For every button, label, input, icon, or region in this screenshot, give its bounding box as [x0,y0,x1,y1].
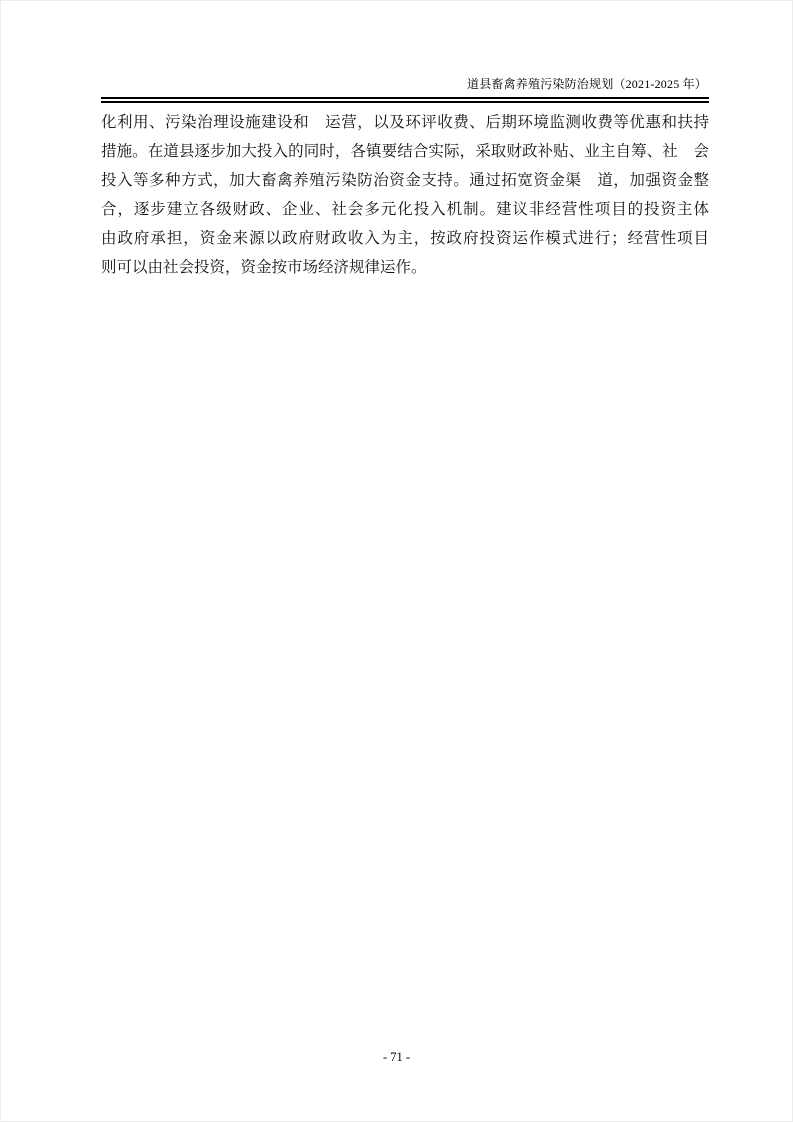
text-line: 合，逐步建立各级财政、企业、社会多元化投入机制。建议非经营性项目的投资主体 [101,195,709,224]
page-number: - 71 - [383,1050,410,1064]
text-line: 化利用、污染治理设施建设和 运营，以及环评收费、后期环境监测收费等优惠和扶持 [101,108,709,137]
document-page: 道县畜禽养殖污染防治规划（2021-2025 年） 化利用、污染治理设施建设和 … [0,0,793,1122]
text-line: 投入等多种方式，加大畜禽养殖污染防治资金支持。通过拓宽资金渠 道，加强资金整 [101,166,709,195]
text-line: 由政府承担，资金来源以政府财政收入为主，按政府投资运作模式进行；经营性项目 [101,224,709,253]
body-paragraph: 化利用、污染治理设施建设和 运营，以及环评收费、后期环境监测收费等优惠和扶持 措… [101,108,709,282]
page-header-title: 道县畜禽养殖污染防治规划（2021-2025 年） [467,76,707,92]
text-line: 措施。在道县逐步加大投入的同时，各镇要结合实际，采取财政补贴、业主自筹、社 会 [101,137,709,166]
page-footer: - 71 - [0,1048,793,1066]
text-line: 则可以由社会投资，资金按市场经济规律运作。 [101,253,709,282]
header-divider-rule [101,97,709,103]
